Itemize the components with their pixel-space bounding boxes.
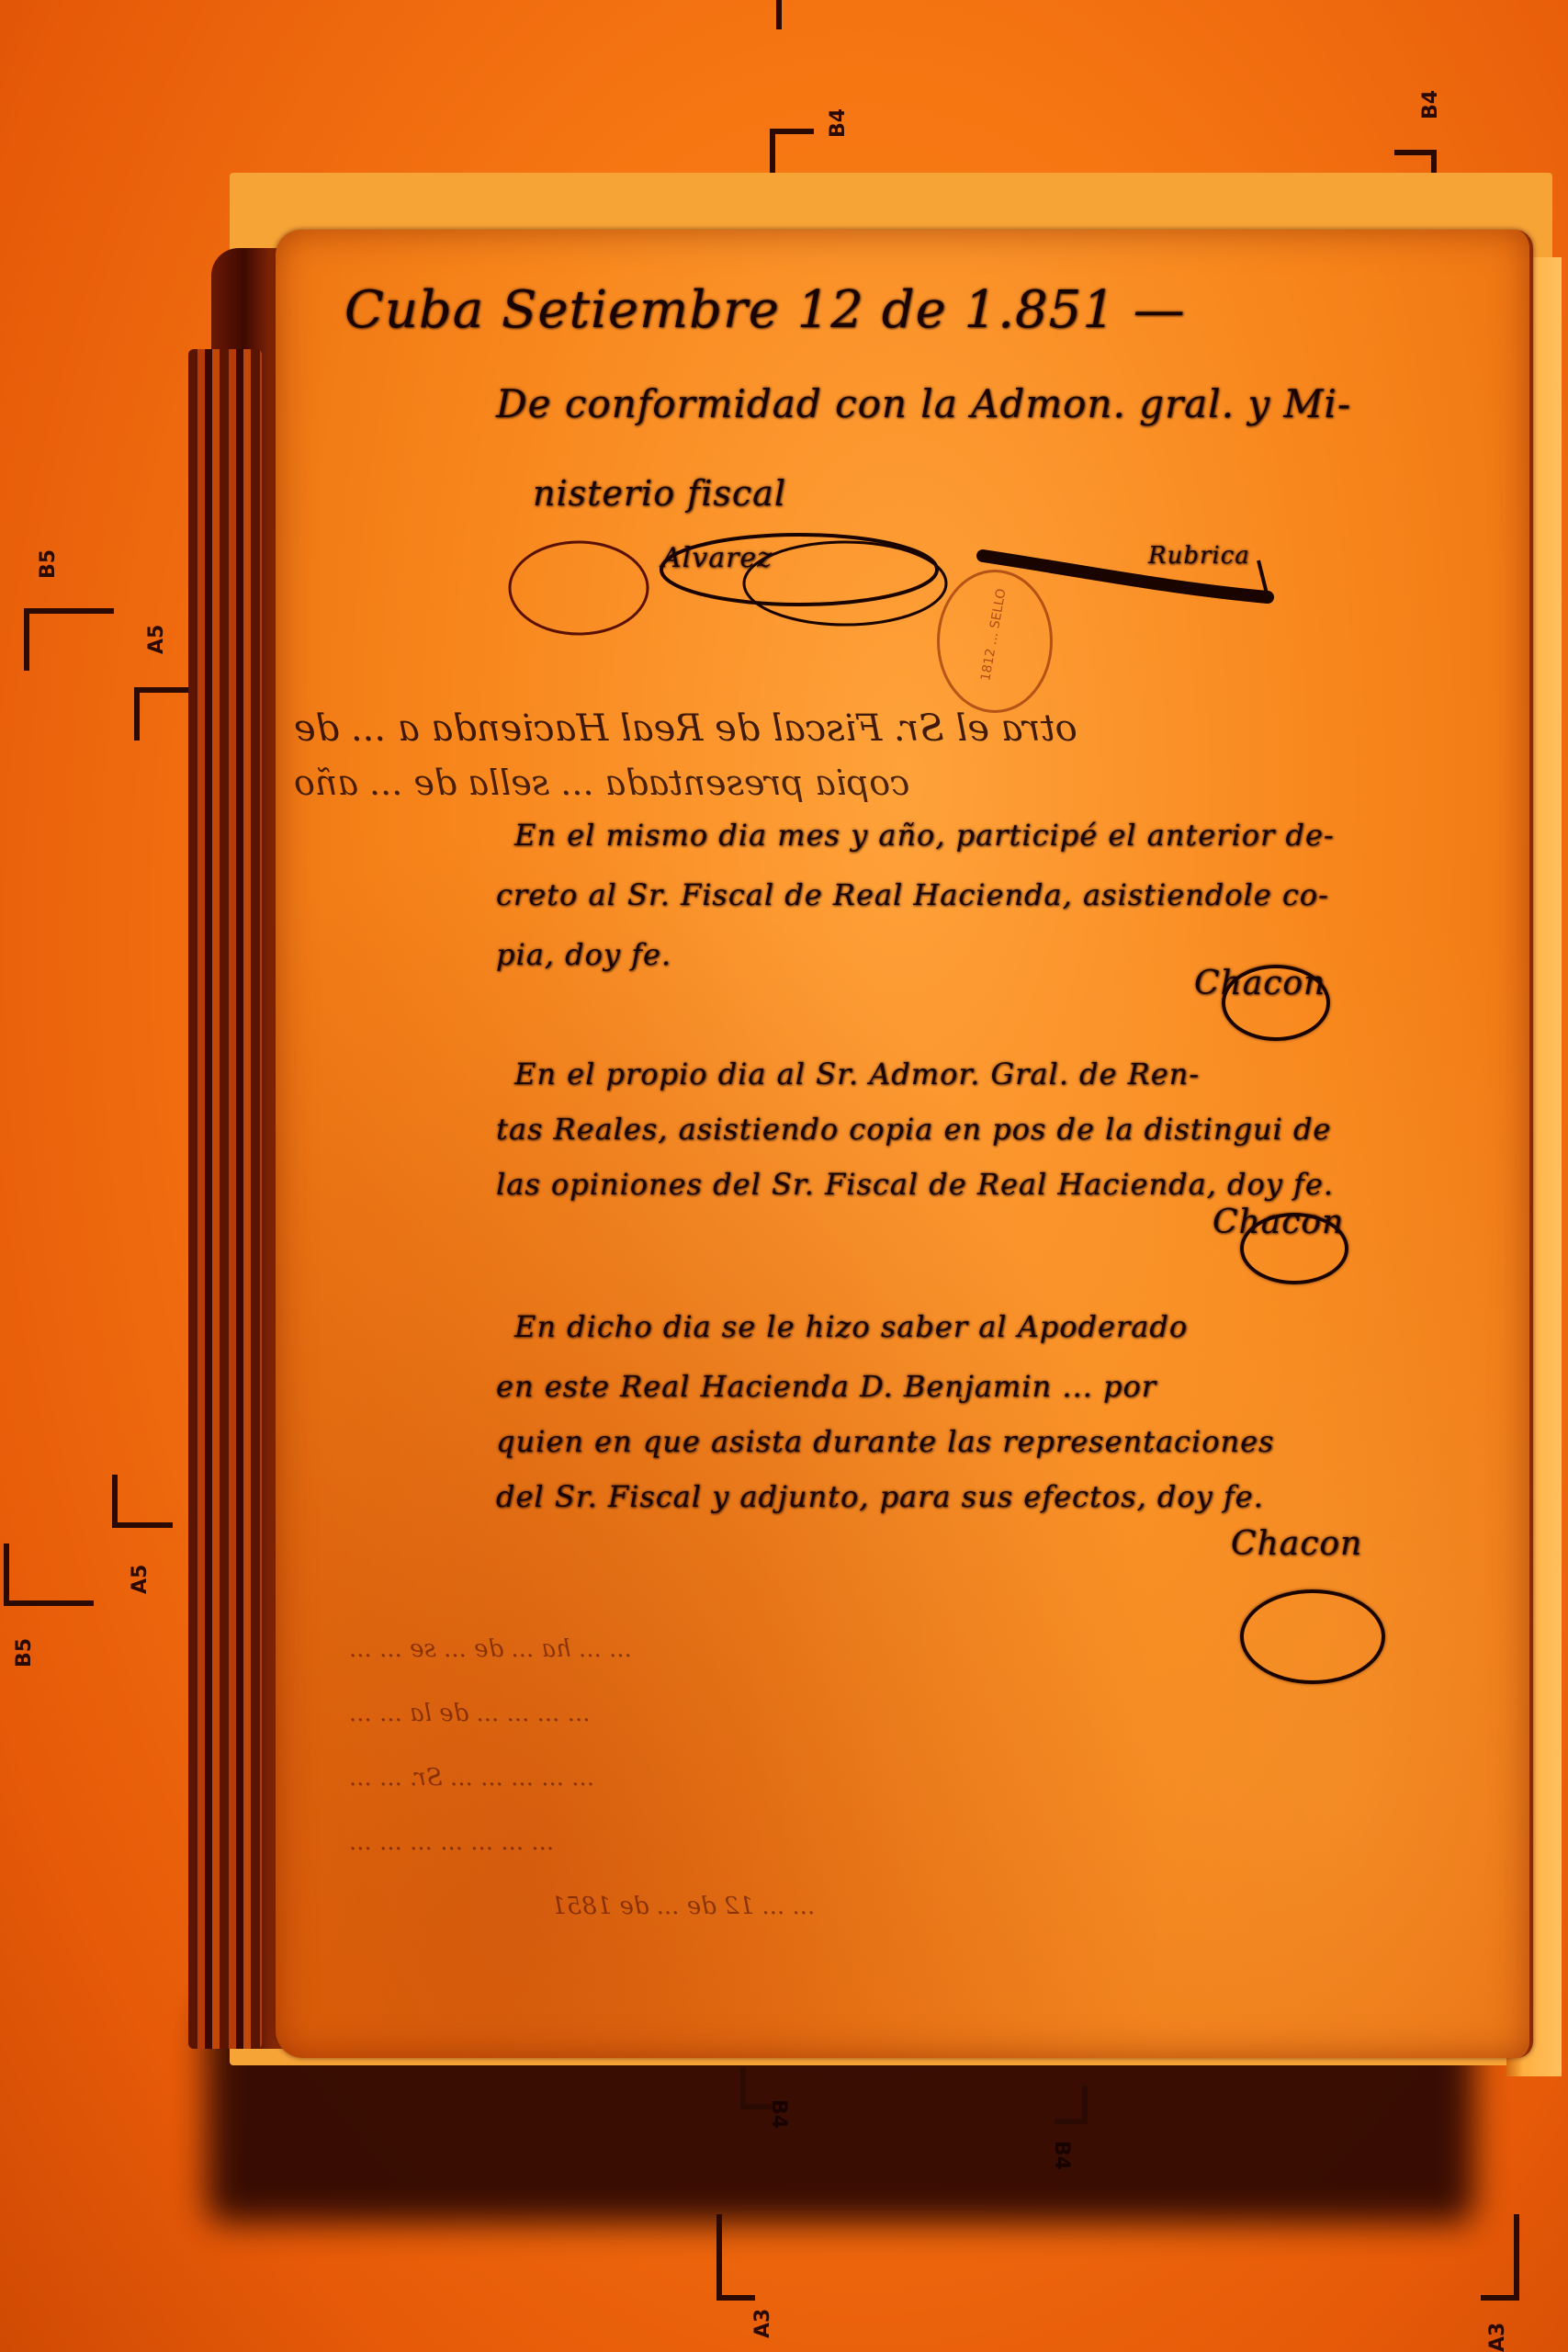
entry-3-rubric: [1240, 1589, 1385, 1684]
ruler-mark-b5-upper: [24, 608, 114, 671]
bleed-through-line: otra el Sr. Fiscal de Real Hacienda a ..…: [294, 707, 1077, 750]
bleed-through-line: ... ... ... ... ... Sr. ... ...: [349, 1764, 594, 1792]
ruler-label-a5-lower: A5: [129, 1565, 152, 1594]
entry-3-line-3: quien en que asista durante las represen…: [496, 1424, 1274, 1459]
manuscript-page: 1812 ... SELLO Cuba Setiembre 12 de 1.85…: [276, 230, 1533, 2058]
entry-3-signature: Chacon: [1231, 1525, 1362, 1563]
ruler-label-b5-lower: B5: [13, 1638, 36, 1668]
decree-line-1: De conformidad con la Admon. gral. y Mi-: [496, 381, 1351, 426]
entry-3-line-4: del Sr. Fiscal y adjunto, para sus efect…: [496, 1479, 1264, 1514]
entry-1-rubric: [1222, 965, 1330, 1041]
entry-2-rubric: [1240, 1213, 1348, 1284]
book-page-edges: [188, 349, 262, 2049]
bleed-through-line: ... ... ... ... de la ... ...: [349, 1700, 590, 1727]
entry-1-line-1: En el mismo dia mes y año, participé el …: [514, 818, 1335, 853]
ruler-label-a3-bottom-right: A3: [1486, 2323, 1509, 2352]
signature-alvarez: Alvarez: [661, 542, 773, 574]
ruler-label-a5-upper: A5: [145, 625, 168, 654]
document-heading: Cuba Setiembre 12 de 1.851 —: [344, 280, 1186, 340]
entry-2-line-1: En el propio dia al Sr. Admor. Gral. de …: [514, 1057, 1200, 1091]
entry-3-line-2: en este Real Hacienda D. Benjamin ... po…: [496, 1369, 1156, 1404]
ruler-mark-b4-bottom-right: [1055, 2086, 1088, 2124]
signature-rubrica: Rubrica: [1148, 542, 1250, 570]
ruler-label-b4-top-right: B4: [1419, 90, 1442, 119]
bleed-through-line: ... ... 12 de ... de 1851: [551, 1893, 815, 1920]
ruler-label-b4-top-left: B4: [827, 108, 850, 138]
ruler-mark-a5-upper: [134, 687, 193, 741]
signature-flourish-alvarez: [413, 505, 1332, 689]
ruler-mark-a3-bottom-left: [716, 2214, 755, 2301]
bleed-through-line: ... ... ha ... de ... se ... ...: [349, 1635, 632, 1663]
bleed-through-line: copia presentada ... sella de ... año: [294, 763, 909, 803]
entry-2-line-2: tas Reales, asistiendo copia en pos de l…: [496, 1112, 1331, 1147]
ruler-mark-a5-lower: [112, 1475, 173, 1528]
entry-3-line-1: En dicho dia se le hizo saber al Apodera…: [514, 1309, 1188, 1344]
entry-1-line-2: creto al Sr. Fiscal de Real Hacienda, as…: [496, 877, 1329, 912]
ruler-mark-b5-lower: [4, 1543, 94, 1606]
ruler-label-a3-bottom-left: A3: [751, 2309, 774, 2338]
ruler-label-b4-bottom-right: B4: [1050, 2141, 1073, 2170]
ruler-mark-top-tick: [776, 0, 782, 29]
ruler-mark-a3-bottom-right: [1481, 2214, 1519, 2301]
entry-2-line-3: las opiniones del Sr. Fiscal de Real Hac…: [496, 1167, 1334, 1202]
bleed-through-line: ... ... ... ... ... ... ...: [349, 1828, 554, 1856]
ruler-label-b4-bottom-left: B4: [767, 2099, 790, 2129]
entry-1-line-3: pia, doy fe.: [496, 937, 671, 972]
ruler-label-b5-upper: B5: [37, 549, 60, 579]
